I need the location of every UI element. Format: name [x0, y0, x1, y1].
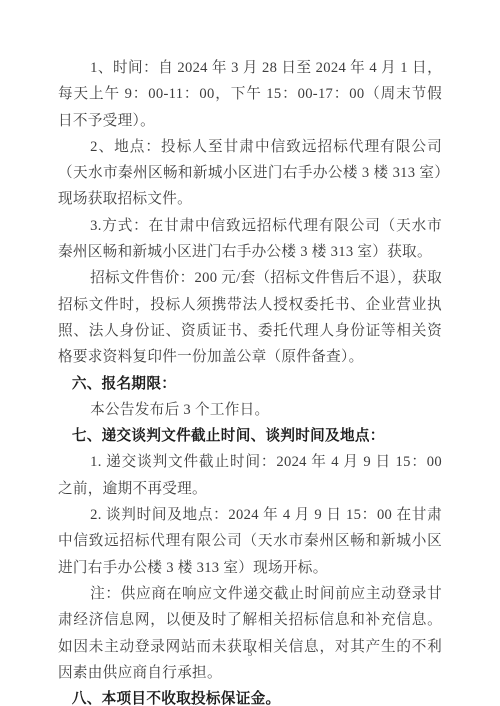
paragraph-time: 1、时间：自 2024 年 3 月 28 日至 2024 年 4 月 1 日，每…	[58, 55, 442, 134]
paragraph-note-supplier-website: 注：供应商在响应文件递交截止时间前应主动登录甘肃经济信息网，以便及时了解相关招标…	[58, 581, 442, 686]
paragraph-document-price: 招标文件售价：200 元/套（招标文件售后不退），获取招标文件时，投标人须携带法…	[58, 265, 442, 370]
section-heading-six-registration-deadline: 六、报名期限：	[58, 371, 442, 397]
paragraph-registration-period: 本公告发布后 3 个工作日。	[58, 397, 442, 423]
document-body: 1、时间：自 2024 年 3 月 28 日至 2024 年 4 月 1 日，每…	[58, 55, 442, 706]
section-heading-seven-negotiation-time-place: 七、递交谈判文件截止时间、谈判时间及地点：	[58, 423, 442, 449]
paragraph-method: 3.方式：在甘肃中信致远招标代理有限公司（天水市秦州区畅和新城小区进门右手办公楼…	[58, 213, 442, 266]
paragraph-submission-deadline: 1. 递交谈判文件截止时间：2024 年 4 月 9 日 15：00 之前，逾期…	[58, 449, 442, 502]
paragraph-negotiation-time-place: 2. 谈判时间及地点：2024 年 4 月 9 日 15：00 在甘肃中信致远招…	[58, 502, 442, 581]
section-heading-eight-no-bid-bond: 八、本项目不收取投标保证金。	[58, 686, 442, 706]
page-number: 3	[0, 648, 500, 658]
paragraph-location: 2、地点：投标人至甘肃中信致远招标代理有限公司（天水市秦州区畅和新城小区进门右手…	[58, 134, 442, 213]
document-page: 1、时间：自 2024 年 3 月 28 日至 2024 年 4 月 1 日，每…	[0, 0, 500, 706]
